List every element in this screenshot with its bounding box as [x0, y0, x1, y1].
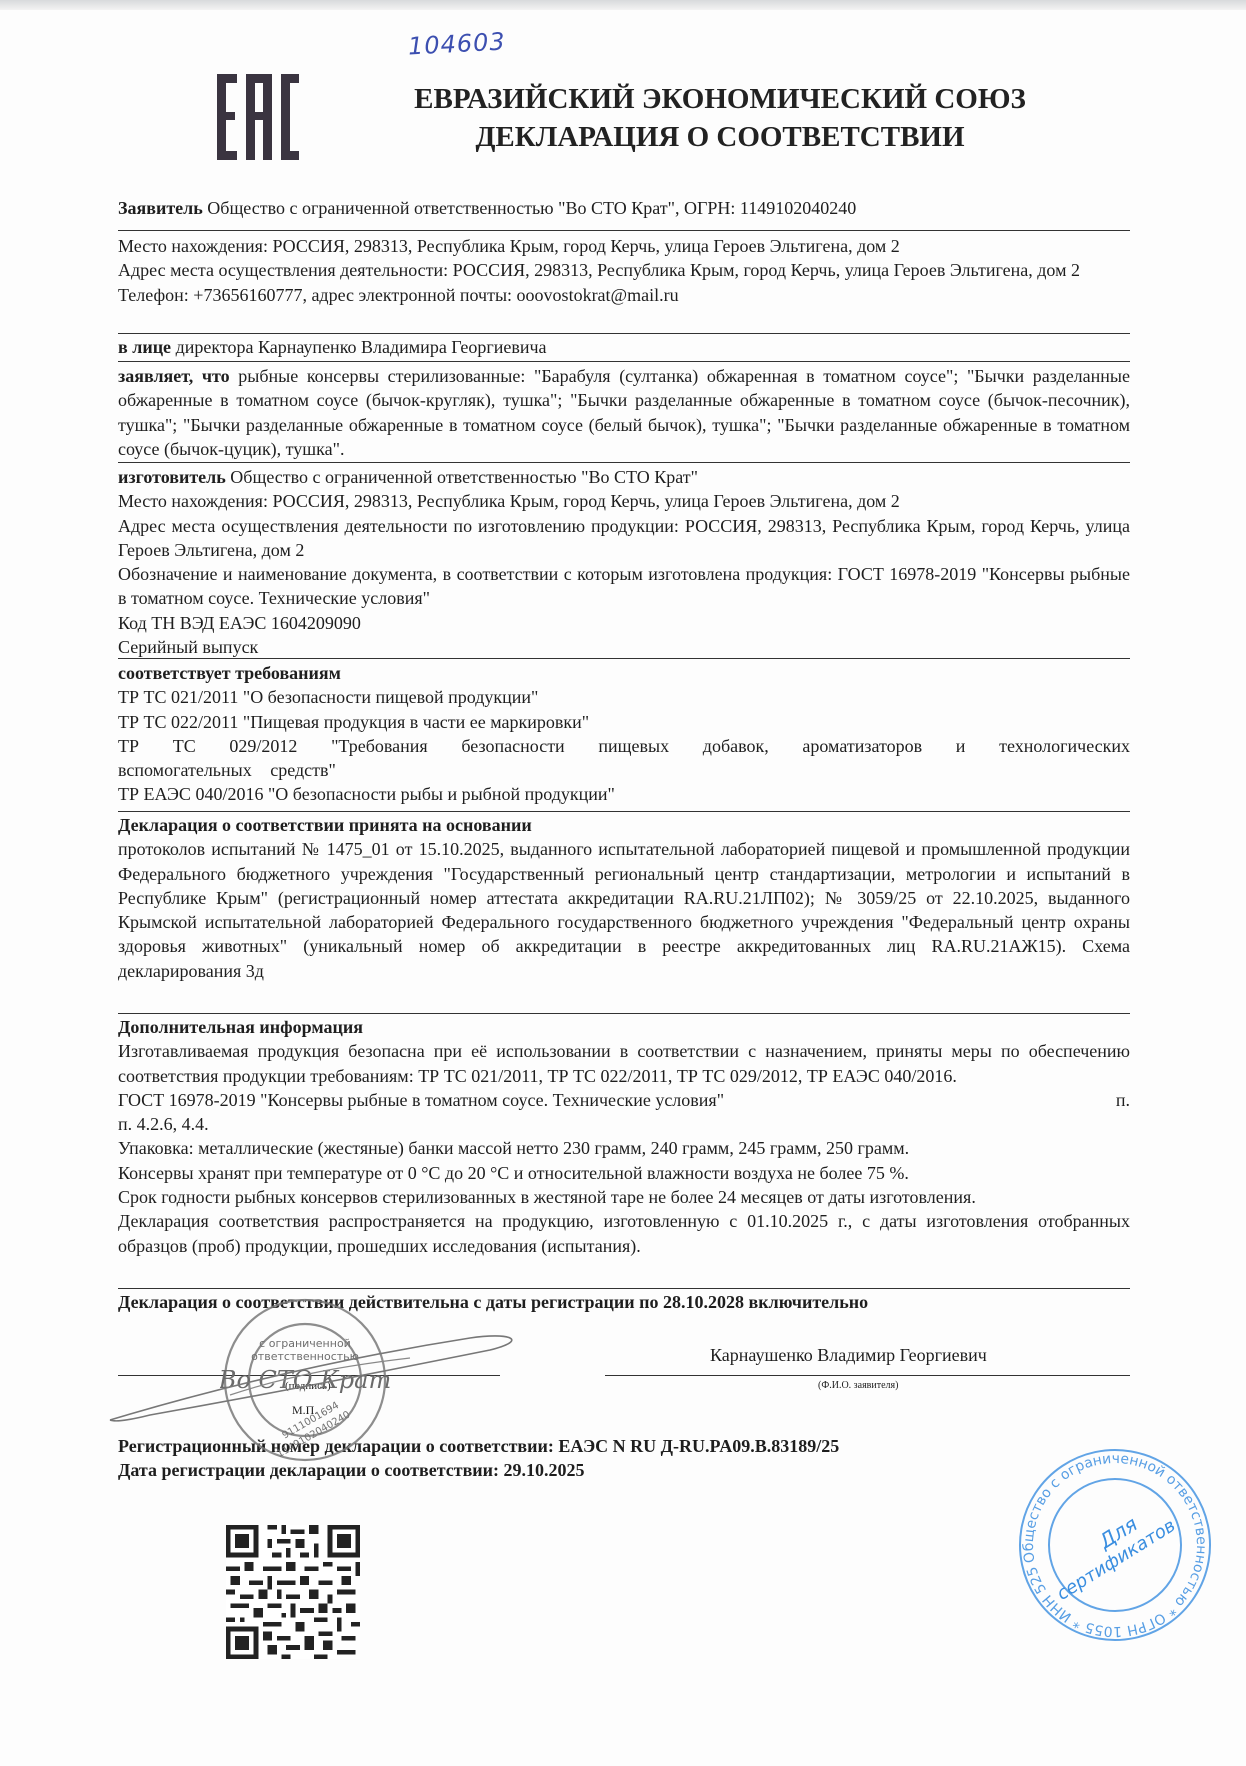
applicant-line: Заявитель Общество с ограниченной ответс… — [118, 196, 1130, 220]
represented-text: директора Карнаупенко Владимира Георгиев… — [171, 337, 546, 357]
title-declaration: ДЕКЛАРАЦИЯ О СООТВЕТСТВИИ — [370, 118, 1070, 156]
divider — [118, 1013, 1130, 1014]
name-line — [605, 1375, 1130, 1376]
declares-text: рыбные консервы стерилизованные: "Барабу… — [118, 366, 1130, 459]
gost-title: ГОСТ 16978-2019 "Консервы рыбные в томат… — [118, 1088, 724, 1112]
basis-text: протоколов испытаний № 1475_01 от 15.10.… — [118, 837, 1130, 983]
registration-number: ЕАЭС N RU Д-RU.PA09.B.83189/25 — [558, 1436, 839, 1456]
manufacturer-location: Место нахождения: РОССИЯ, 298313, Респуб… — [118, 489, 1130, 513]
requirements-block: соответствует требованиям ТР ТС 021/2011… — [118, 661, 1130, 807]
manufacturer-production-address: Адрес места осуществления деятельности п… — [118, 514, 1130, 563]
requirement-item: ТР ТС 029/2012 "Требования безопасности … — [118, 734, 1130, 783]
title-union: ЕВРАЗИЙСКИЙ ЭКОНОМИЧЕСКИЙ СОЮЗ — [370, 80, 1070, 118]
name-caption: (Ф.И.О. заявителя) — [818, 1380, 898, 1391]
divider — [118, 658, 1130, 659]
divider — [118, 361, 1130, 362]
release-type: Серийный выпуск — [118, 635, 1130, 659]
declares-label: заявляет, что — [118, 366, 230, 386]
divider — [118, 1288, 1130, 1289]
signature-scribble-icon — [90, 1320, 560, 1430]
gost-point-marker: п. — [1116, 1088, 1130, 1112]
additional-block: Дополнительная информация Изготавливаема… — [118, 1015, 1130, 1258]
applicant-details: Место нахождения: РОССИЯ, 298313, Респуб… — [118, 234, 1130, 307]
requirement-item: ТР ТС 021/2011 "О безопасности пищевой п… — [118, 685, 1130, 709]
manufacturer-text: Общество с ограниченной ответственностью… — [226, 467, 698, 487]
scan-top-edge — [0, 0, 1246, 10]
requirement-item: ТР ТС 022/2011 "Пищевая продукция в част… — [118, 710, 1130, 734]
divider — [118, 811, 1130, 812]
represented-label: в лице — [118, 337, 171, 357]
basis-block: Декларация о соответствии принята на осн… — [118, 813, 1130, 983]
additional-safety: Изготавливаемая продукция безопасна при … — [118, 1039, 1130, 1088]
divider — [118, 462, 1130, 463]
represented-line: в лице директора Карнаупенко Владимира Г… — [118, 335, 1130, 359]
applicant-location: Место нахождения: РОССИЯ, 298313, Респуб… — [118, 234, 1130, 258]
applicant-label: Заявитель — [118, 198, 203, 218]
divider — [118, 230, 1130, 231]
certificate-stamp-icon: Общество с ограниченной ответственностью… — [996, 1426, 1233, 1663]
scope: Декларация соответствия распространяется… — [118, 1209, 1130, 1258]
additional-heading: Дополнительная информация — [118, 1015, 1130, 1039]
eac-logo-icon — [215, 72, 300, 162]
requirement-item: ТР ЕАЭС 040/2016 "О безопасности рыбы и … — [118, 782, 1130, 806]
storage: Консервы хранят при температуре от 0 °С … — [118, 1161, 1130, 1185]
applicant-name: Карнаушенко Владимир Георгиевич — [710, 1345, 987, 1366]
gost-points: п. 4.2.6, 4.4. — [118, 1112, 1130, 1136]
qr-code-icon — [226, 1525, 360, 1659]
divider — [118, 333, 1130, 334]
packaging: Упаковка: металлические (жестяные) банки… — [118, 1136, 1130, 1160]
additional-gost-line: ГОСТ 16978-2019 "Консервы рыбные в томат… — [118, 1088, 1130, 1112]
applicant-activity-address: Адрес места осуществления деятельности: … — [118, 258, 1130, 282]
registration-date: 29.10.2025 — [504, 1460, 585, 1480]
applicant-contacts: Телефон: +73656160777, адрес электронной… — [118, 283, 1130, 307]
document-title: ЕВРАЗИЙСКИЙ ЭКОНОМИЧЕСКИЙ СОЮЗ ДЕКЛАРАЦИ… — [370, 80, 1070, 156]
declares-block: заявляет, что рыбные консервы стерилизов… — [118, 364, 1130, 461]
manufacturer-label: изготовитель — [118, 467, 226, 487]
applicant-text: Общество с ограниченной ответственностью… — [203, 198, 856, 218]
shelf-life: Срок годности рыбных консервов стерилизо… — [118, 1185, 1130, 1209]
tn-ved-code: Код ТН ВЭД ЕАЭС 1604209090 — [118, 611, 1130, 635]
manufacturer-standard: Обозначение и наименование документа, в … — [118, 562, 1130, 611]
handwritten-number: 104603 — [407, 27, 506, 60]
basis-heading: Декларация о соответствии принята на осн… — [118, 813, 1130, 837]
requirements-heading: соответствует требованиям — [118, 661, 1130, 685]
manufacturer-block: изготовитель Общество с ограниченной отв… — [118, 465, 1130, 659]
